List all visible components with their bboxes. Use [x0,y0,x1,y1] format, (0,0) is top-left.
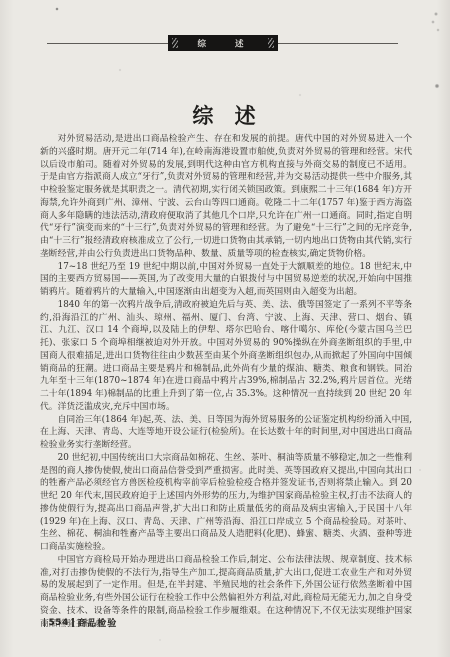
page-footer: 554 商品检验 [40,616,117,629]
footer-book-title: 商品检验 [77,616,117,629]
body-paragraph: 20 世纪初,中国传统出口大宗商品如棉花、生丝、茶叶、桐油等质量不够稳定,加之一… [40,452,412,554]
running-head: 综 述 [47,35,398,51]
footer-separator [72,618,74,627]
section-band-label: 综 述 [198,38,248,50]
page-title: 综 述 [0,100,450,130]
body-paragraph: 17~18 世纪乃至 19 世纪中期以前,中国对外贸易一直处于大额顺差的地位。1… [40,261,412,299]
header-rule-left [47,43,168,44]
body-paragraph: 对外贸易活动,是进出口商品检验产生、存在和发展的前提。唐代中国的对外贸易进入一个… [40,133,412,261]
footer-page-number: 554 [49,618,69,628]
hatch-icon [172,38,178,48]
article-body: 对外贸易活动,是进出口商品检验产生、存在和发展的前提。唐代中国的对外贸易进入一个… [40,133,412,630]
scanned-page: 综 述 综 述 对外贸易活动,是进出口商品检验产生、存在和发展的前提。唐代中国的… [0,0,450,657]
section-band: 综 述 [168,35,278,51]
body-paragraph: 1840 年的第一次鸦片战争后,清政府被迫先后与英、美、法、俄等国签定了一系列不… [40,299,412,414]
footer-separator [44,618,46,627]
body-paragraph: 自同治三年(1864 年)起,英、法、美、日等国为海外贸易服务的公证鉴定机构纷纷… [40,414,412,452]
header-rule-right [278,43,399,44]
hatch-icon [268,38,274,48]
